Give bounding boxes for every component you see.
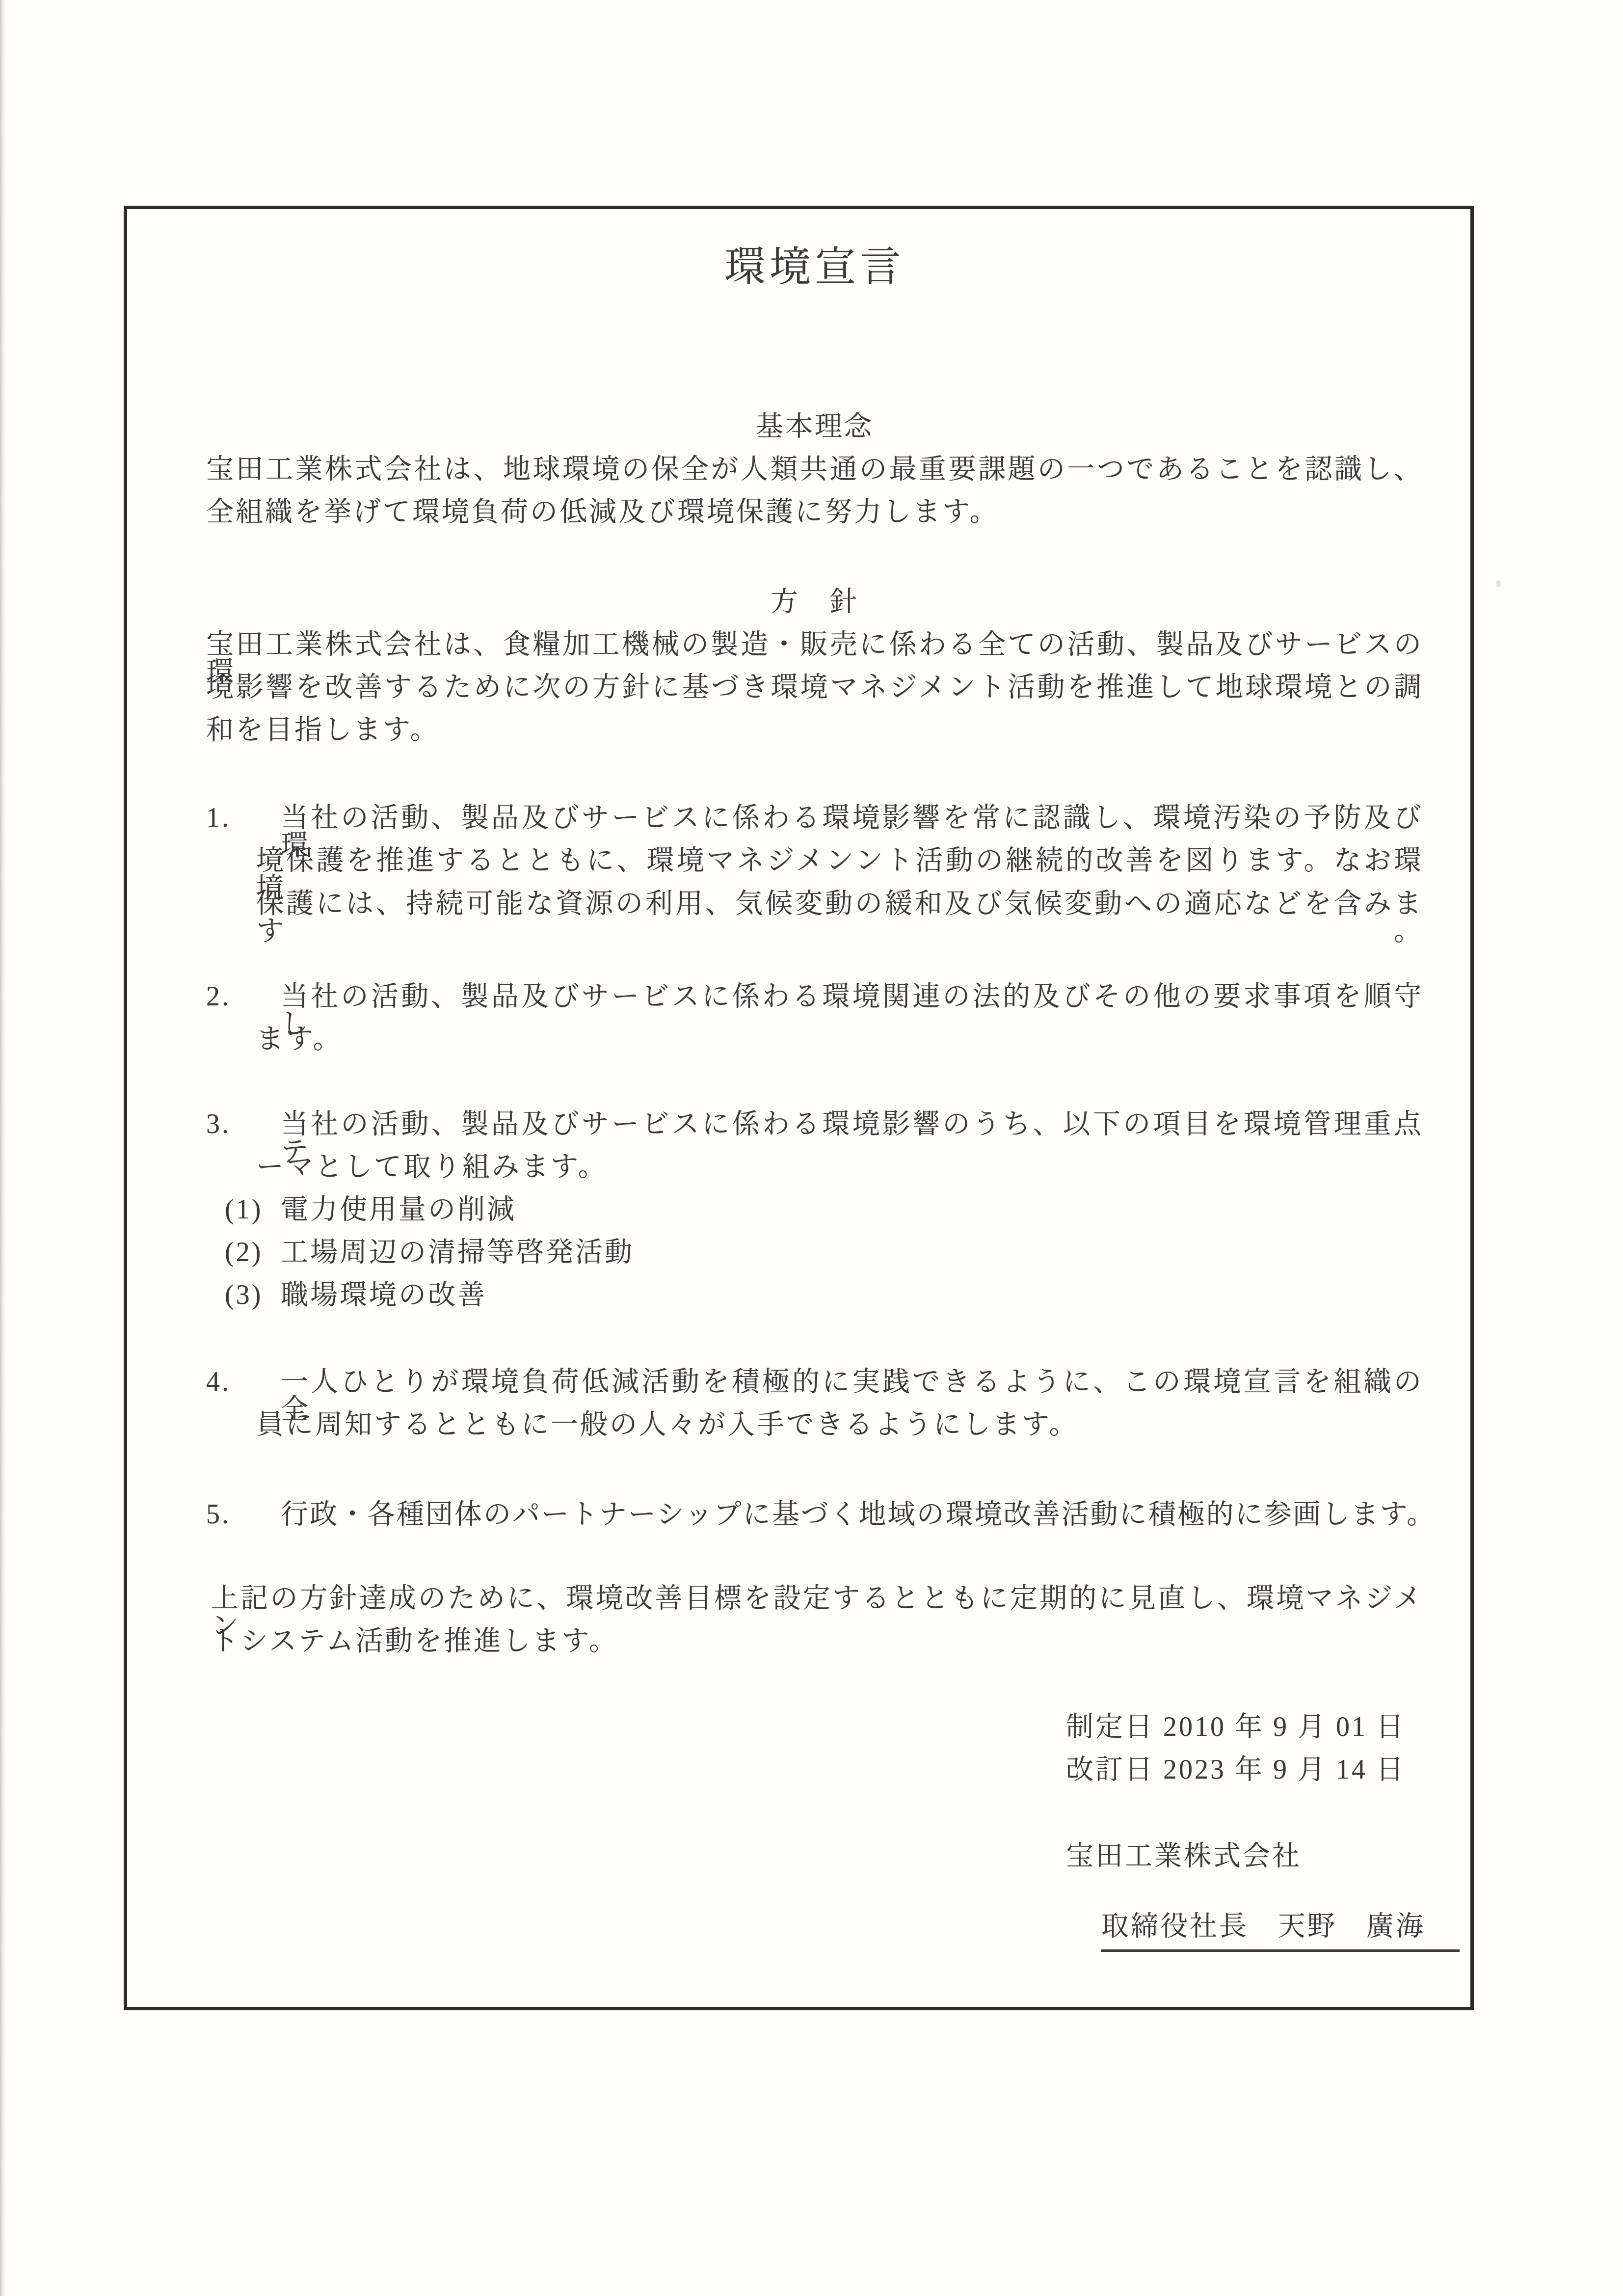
revised-date: 改訂日 2023 年 9 月 14 日 (1066, 1756, 1406, 1783)
scanner-edge-artifact (0, 0, 6, 2296)
philosophy-heading: 基本理念 (206, 413, 1423, 440)
philosophy-line: 全組織を挙げて環境負荷の低減及び環境保護に努力します。 (206, 498, 999, 526)
item-line: 員に周知するとともに一般の人々が入手できるようにします。 (256, 1411, 1079, 1438)
page-background: 環境宣言 基本理念 宝田工業株式会社は、地球環境の保全が人類共通の最重要課題の一… (0, 0, 1623, 2296)
policy-line: 境影響を改善するために次の方針に基づき環境マネジメント活動を推進して地球環境との… (206, 674, 1423, 701)
subitem-text: 電力使用量の削減 (281, 1196, 516, 1223)
signature-company: 宝田工業株式会社 (1066, 1842, 1302, 1870)
item-number: 4. (206, 1368, 280, 1396)
item-number: 1. (206, 804, 280, 832)
subitem-number: (1) (225, 1196, 263, 1223)
signature-executive: 取締役社長 天野 廣海 (1101, 1911, 1460, 1952)
subitem-text: 工場周辺の清掃等啓発活動 (281, 1239, 634, 1266)
scan-noise-dot (1496, 580, 1501, 587)
policy-heading: 方 針 (206, 588, 1423, 616)
item-line: 当社の活動、製品及びサービスに係わる環境関連の法的及びその他の要求事項を順守し (281, 983, 1423, 1038)
item-number: 2. (206, 983, 280, 1010)
item-line: 行政・各種団体のパートナーシップに基づく地域の環境改善活動に積極的に参画します。 (281, 1501, 1436, 1528)
document-title: 環境宣言 (206, 247, 1423, 288)
item-line: ーマとして取り組みます。 (256, 1153, 608, 1181)
item-number: 3. (206, 1110, 280, 1138)
established-date: 制定日 2010 年 9 月 01 日 (1066, 1713, 1406, 1741)
item-number: 5. (206, 1501, 280, 1528)
policy-line: 和を目指します。 (206, 716, 440, 744)
closing-line: トシステム活動を推進します。 (211, 1627, 618, 1655)
subitem-number: (3) (225, 1281, 263, 1309)
philosophy-line: 宝田工業株式会社は、地球環境の保全が人類共通の最重要課題の一つであることを認識し… (206, 456, 1423, 483)
subitem-number: (2) (225, 1239, 263, 1266)
item-line: 保護には、持続可能な資源の利用、気候変動の緩和及び気候変動への適応などを含みます… (256, 890, 1423, 945)
item-line: ます。 (256, 1026, 343, 1053)
subitem-text: 職場環境の改善 (281, 1281, 487, 1309)
scanned-document-page: { "meta": { "colors": { "text": "#3a3a3a… (0, 0, 1623, 2296)
